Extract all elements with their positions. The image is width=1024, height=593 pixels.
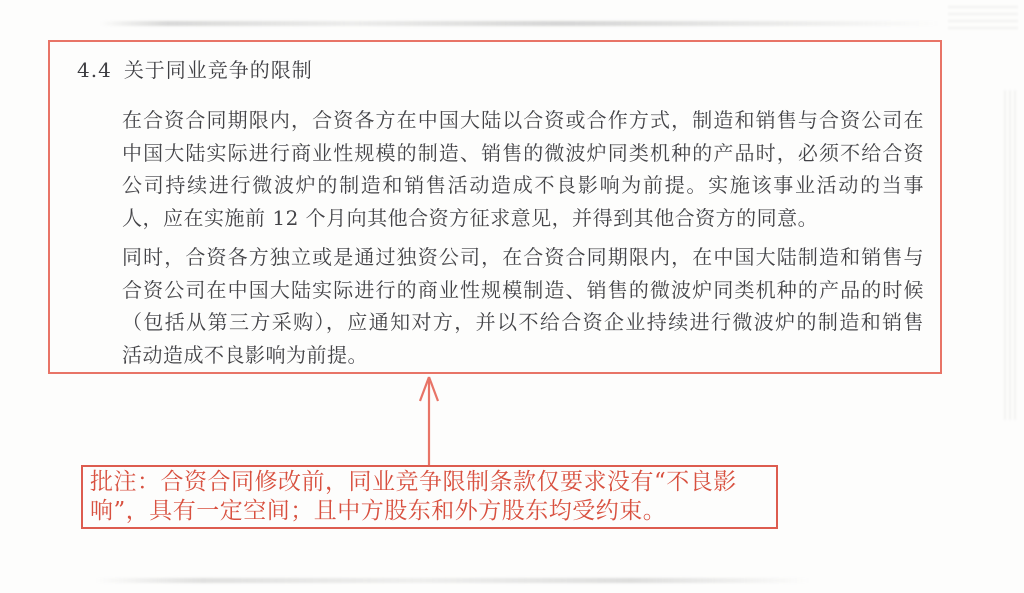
clause-body: 在合资合同期限内，合资各方在中国大陆以合资或合作方式，制造和销售与合资公司在 中…	[122, 104, 924, 378]
section-number: 4.4	[77, 58, 112, 82]
up-arrow-icon	[408, 374, 452, 467]
scan-artifact-top	[100, 21, 940, 26]
paragraph-1-line-2: 中国大陆实际进行商业性规模的制造、销售的微波炉同类机种的产品时，必须不给合资	[122, 137, 924, 170]
scan-artifact-top-right	[948, 3, 1018, 29]
paragraph-1-line-3: 公司持续进行微波炉的制造和销售活动造成不良影响为前提。实施该事业活动的当事	[122, 169, 924, 202]
paragraph-1-line-1: 在合资合同期限内，合资各方在中国大陆以合资或合作方式，制造和销售与合资公司在	[122, 104, 924, 137]
paragraph-2-line-4: 活动造成不良影响为前提。	[122, 339, 924, 372]
callout-arrow	[408, 374, 452, 467]
section-title: 关于同业竞争的限制	[124, 58, 313, 82]
scanned-document-page: 4.4关于同业竞争的限制 在合资合同期限内，合资各方在中国大陆以合资或合作方式，…	[0, 0, 1024, 593]
paragraph-2-line-3: （包括从第三方采购），应通知对方，并以不给合资企业持续进行微波炉的制造和销售	[122, 306, 924, 339]
annotation-box: 批注：合资合同修改前，同业竞争限制条款仅要求没有“不良影 响”，具有一定空间；且…	[81, 465, 778, 529]
section-heading: 4.4关于同业竞争的限制	[77, 54, 313, 83]
clause-highlight-box: 4.4关于同业竞争的限制 在合资合同期限内，合资各方在中国大陆以合资或合作方式，…	[48, 40, 942, 374]
scan-artifact-bottom	[95, 578, 810, 583]
paragraph-1-line-4: 人，应在实施前 12 个月向其他合资方征求意见，并得到其他合资方的同意。	[122, 202, 924, 235]
scan-artifact-right	[1004, 90, 1018, 420]
paragraph-2-line-2: 合资公司在中国大陆实际进行的商业性规模制造、销售的微波炉同类机种的产品的时候	[122, 274, 924, 307]
annotation-line-1: 批注：合资合同修改前，同业竞争限制条款仅要求没有“不良影	[83, 468, 776, 497]
paragraph-1: 在合资合同期限内，合资各方在中国大陆以合资或合作方式，制造和销售与合资公司在 中…	[122, 104, 924, 234]
paragraph-2: 同时，合资各方独立或是通过独资公司，在合资合同期限内，在中国大陆制造和销售与 合…	[122, 241, 924, 371]
annotation-line-2: 响”，具有一定空间；且中方股东和外方股东均受约束。	[83, 497, 776, 526]
paragraph-2-line-1: 同时，合资各方独立或是通过独资公司，在合资合同期限内，在中国大陆制造和销售与	[122, 241, 924, 274]
